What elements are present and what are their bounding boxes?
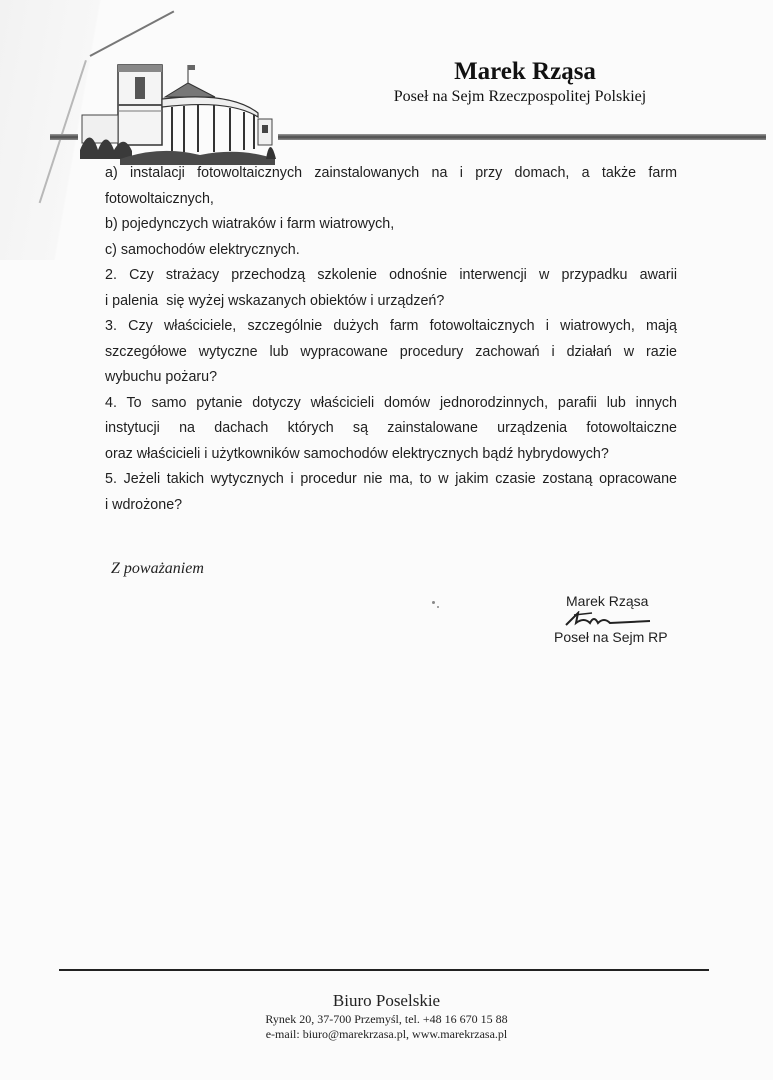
footer: Biuro Poselskie Rynek 20, 37-700 Przemyś… (0, 990, 773, 1042)
question-2-line-2: i palenia się wyżej wskazanych obiektów … (105, 289, 677, 315)
footer-contact: e-mail: biuro@marekrzasa.pl, www.marekrz… (0, 1027, 773, 1042)
header-rule-left (50, 134, 78, 140)
question-4-line-1: 4. To samo pytanie dotyczy właścicieli d… (105, 391, 677, 417)
question-2-line-1: 2. Czy strażacy przechodzą szkolenie odn… (105, 263, 677, 289)
header-rule-right (278, 134, 766, 140)
scan-speck (437, 606, 439, 608)
question-4-line-3: oraz właścicieli i użytkowników samochod… (105, 442, 677, 468)
footer-address: Rynek 20, 37-700 Przemyśl, tel. +48 16 6… (0, 1012, 773, 1027)
footer-rule (59, 969, 709, 971)
question-3-line-1: 3. Czy właściciele, szczególnie dużych f… (105, 314, 677, 340)
list-item-b: b) pojedynczych wiatraków i farm wiatrow… (105, 212, 677, 238)
letter-body: a) instalacji fotowoltaicznych zainstalo… (105, 161, 677, 518)
question-5-line-1: 5. Jeżeli takich wytycznych i procedur n… (105, 467, 677, 493)
letterhead-title: Poseł na Sejm Rzeczpospolitej Polskiej (340, 88, 700, 106)
signature-role: Poseł na Sejm RP (554, 627, 668, 647)
list-item-a-continuation: fotowoltaicznych, (105, 187, 677, 213)
letterhead-name: Marek Rząsa (420, 58, 630, 86)
list-item-c: c) samochodów elektrycznych. (105, 238, 677, 264)
question-4-line-2: instytucji na dachach których są zainsta… (105, 416, 677, 442)
list-item-a: a) instalacji fotowoltaicznych zainstalo… (105, 161, 677, 187)
signature-name: Marek Rząsa (566, 591, 668, 611)
question-5-line-2: i wdrożone? (105, 493, 677, 519)
handwritten-signature-icon (564, 611, 654, 627)
signature-block: Marek Rząsa Poseł na Sejm RP (554, 591, 668, 647)
footer-office-name: Biuro Poselskie (0, 990, 773, 1012)
scan-speck (432, 601, 435, 604)
letter-page: Marek Rząsa Poseł na Sejm Rzeczpospolite… (0, 0, 773, 1080)
question-3-line-3: wybuchu pożaru? (105, 365, 677, 391)
closing-salutation: Z poważaniem (111, 560, 204, 578)
sejm-building-icon (80, 55, 280, 165)
question-3-line-2: szczegółowe wytyczne lub wypracowane pro… (105, 340, 677, 366)
